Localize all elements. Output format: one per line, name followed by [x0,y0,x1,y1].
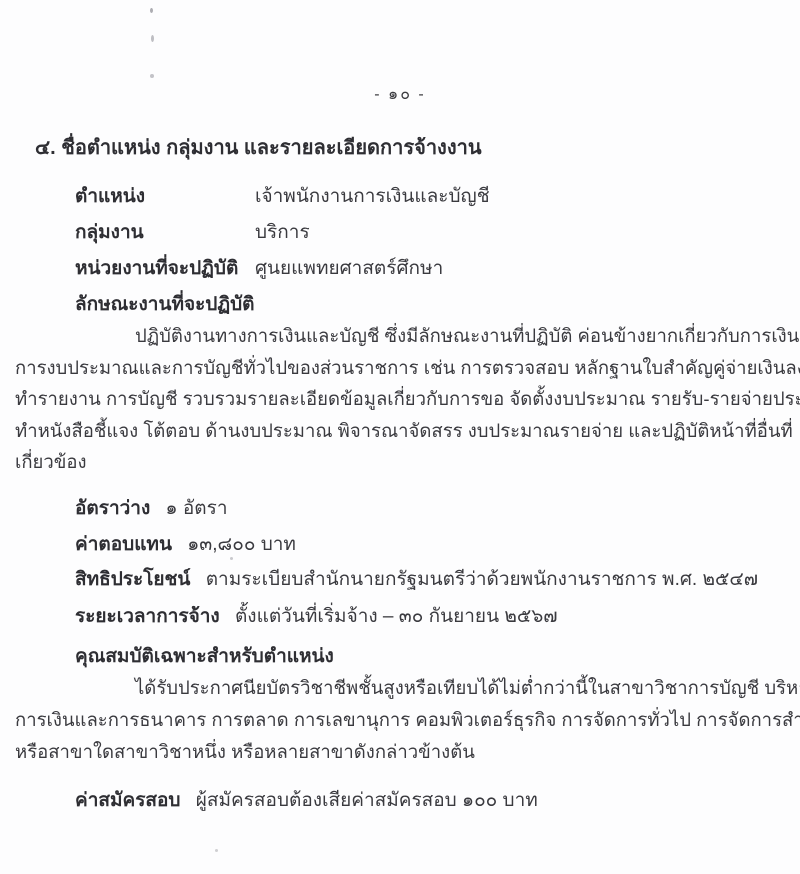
benefits-value: ตามระเบียบสำนักนายกรัฐมนตรีว่าด้วยพนักงา… [206,569,758,590]
scan-artifact [230,557,233,560]
vacancy-value: ๑ อัตรา [166,498,228,519]
qualifications-heading: คุณสมบัติเฉพาะสำหรับตำแหน่ง [75,641,334,671]
benefits-line: สิทธิประโยชน์ ตามระเบียบสำนักนายกรัฐมนตร… [75,567,794,592]
qualifications-paragraph: ได้รับประกาศนียบัตรวิชาชีพชั้นสูงหรือเที… [15,672,794,768]
vacancy-label: อัตราว่าง [75,498,150,519]
scan-artifact [151,35,154,42]
position-label: ตำแหน่ง [75,184,255,209]
unit-label: หน่วยงานที่จะปฏิบัติ [75,256,255,281]
unit-value: ศูนยแพทยศาสตร์ศึกษา [255,256,443,281]
job-description-line: ทำหนังสือชี้แจง โต้ตอบ ด้านงบประมาณ พิจา… [15,415,794,447]
employment-period-value: ตั้งแต่วันที่เริ่มจ้าง – ๓๐ กันยายน ๒๕๖๗ [235,606,558,627]
compensation-value: ๑๓,๘๐๐ บาท [187,534,296,555]
application-fee-label: ค่าสมัครสอบ [75,790,180,811]
qualifications-line: ได้รับประกาศนียบัตรวิชาชีพชั้นสูงหรือเที… [15,672,794,704]
job-description-line: เกี่ยวข้อง [15,446,794,478]
position-value: เจ้าพนักงานการเงินและบัญชี [255,184,490,209]
workgroup-value: บริการ [255,220,310,245]
document-page: - ๑๐ - ๔. ชื่อตำแหน่ง กลุ่มงาน และรายละเ… [0,0,800,874]
qualifications-line: หรือสาขาใดสาขาวิชาหนึ่ง หรือหลายสาขาดังก… [15,736,794,768]
section-heading: ๔. ชื่อตำแหน่ง กลุ่มงาน และรายละเอียดการ… [35,131,482,163]
application-fee-value: ผู้สมัครสอบต้องเสียค่าสมัครสอบ ๑๐๐ บาท [196,790,538,811]
compensation-label: ค่าตอบแทน [75,534,172,555]
page-number: - ๑๐ - [0,82,800,107]
scan-artifact [215,849,218,852]
detail-row-position: ตำแหน่ง เจ้าพนักงานการเงินและบัญชี [75,184,790,209]
workgroup-label: กลุ่มงาน [75,220,255,245]
scan-artifact [150,8,153,13]
job-description-line: การงบประมาณและการบัญชีทั่วไปของส่วนราชกา… [15,352,794,384]
detail-row-workgroup: กลุ่มงาน บริการ [75,220,790,245]
job-description-heading: ลักษณะงานที่จะปฏิบัติ [75,289,255,319]
detail-row-unit: หน่วยงานที่จะปฏิบัติ ศูนยแพทยศาสตร์ศึกษา [75,256,790,281]
scan-artifact [150,74,154,78]
application-fee-line: ค่าสมัครสอบ ผู้สมัครสอบต้องเสียค่าสมัครส… [75,788,794,813]
qualifications-line: การเงินและการธนาคาร การตลาด การเลขานุการ… [15,704,794,736]
job-description-line: ทำรายงาน การบัญชี รวบรวมรายละเอียดข้อมูล… [15,383,794,415]
position-detail-rows: ตำแหน่ง เจ้าพนักงานการเงินและบัญชี กลุ่ม… [75,184,790,281]
employment-period-label: ระยะเวลาการจ้าง [75,606,220,627]
employment-period-line: ระยะเวลาการจ้าง ตั้งแต่วันที่เริ่มจ้าง –… [75,604,794,629]
job-description-paragraph: ปฏิบัติงานทางการเงินและบัญชี ซึ่งมีลักษณ… [15,320,794,478]
benefits-label: สิทธิประโยชน์ [75,569,190,590]
vacancy-line: อัตราว่าง ๑ อัตรา [75,496,794,521]
job-description-line: ปฏิบัติงานทางการเงินและบัญชี ซึ่งมีลักษณ… [15,320,794,352]
compensation-line: ค่าตอบแทน ๑๓,๘๐๐ บาท [75,532,794,557]
